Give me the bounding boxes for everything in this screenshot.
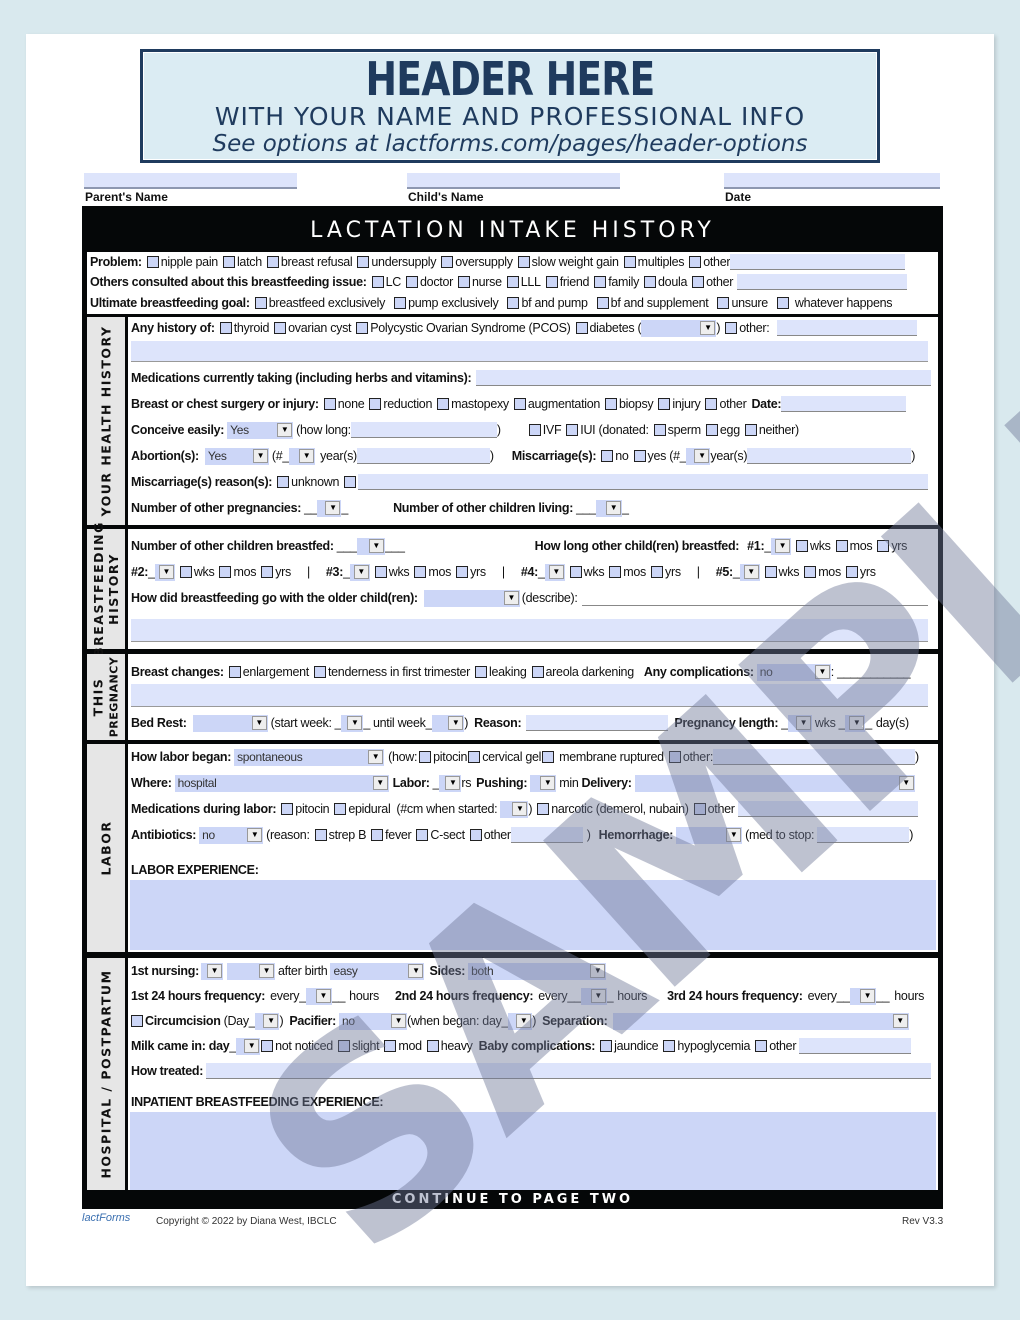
checkbox[interactable] [437, 398, 449, 410]
miscarriage-years-field[interactable] [747, 448, 911, 464]
child-number: #2: [131, 565, 148, 579]
checkbox[interactable] [277, 476, 289, 488]
checkbox[interactable] [692, 276, 704, 288]
option-label: narcotic (demerol, nubain) [551, 802, 688, 816]
pregnancy-length-label: Pregnancy length: [674, 716, 778, 730]
separation-label: Separation: [542, 1014, 607, 1028]
child-3-select[interactable]: ▼ [350, 564, 370, 581]
chevron-down-icon: ▼ [694, 449, 709, 463]
chevron-down-icon: ▼ [796, 716, 811, 730]
unit-label: wks [779, 565, 800, 579]
chevron-down-icon: ▼ [252, 716, 267, 730]
checkbox[interactable] [507, 297, 519, 309]
checkbox[interactable] [706, 424, 718, 436]
chevron-down-icon: ▼ [448, 716, 463, 730]
labor-began-select[interactable]: spontaneous▼ [234, 749, 384, 766]
checkbox[interactable] [384, 1040, 396, 1052]
chevron-down-icon: ▼ [516, 1014, 531, 1028]
option-label: mastopexy [451, 397, 509, 411]
checkbox[interactable] [344, 476, 356, 488]
until-week-label: until week [373, 716, 426, 730]
option-label: other [708, 802, 735, 816]
checkbox[interactable] [705, 398, 717, 410]
checkbox[interactable] [717, 297, 729, 309]
children-breastfed-label: Number of other children breastfed: [131, 539, 334, 553]
children-breastfed-select[interactable]: ▼ [357, 538, 385, 555]
child-4-select[interactable]: ▼ [545, 564, 565, 581]
checkbox[interactable] [537, 803, 549, 815]
checkbox[interactable] [777, 297, 789, 309]
goal-row: Ultimate breastfeeding goal: breastfeed … [90, 294, 892, 312]
chevron-down-icon: ▼ [899, 776, 914, 790]
chevron-down-icon: ▼ [325, 501, 340, 515]
circ-day-label: (Day [224, 1014, 249, 1028]
checkbox[interactable] [281, 803, 293, 815]
labor-section: How labor began: spontaneous▼ (how: pito… [128, 744, 938, 952]
checkbox[interactable] [375, 566, 387, 578]
date-field[interactable] [724, 173, 940, 189]
health-side-label: YOUR HEALTH HISTORY [87, 317, 125, 525]
checkbox[interactable] [261, 1040, 273, 1052]
unit-label: mos [233, 565, 256, 579]
option-label: egg [720, 423, 740, 437]
health-section: Any history of: thyroid ovarian cyst Pol… [128, 317, 938, 525]
describe-field[interactable] [582, 590, 928, 606]
pacifier-day-select[interactable]: ▼ [508, 1013, 532, 1030]
how-did-select[interactable]: ▼ [424, 590, 520, 607]
describe-details-field[interactable] [131, 619, 928, 642]
every-label: every [270, 989, 299, 1003]
surgery-label: Breast or chest surgery or injury: [131, 397, 319, 411]
checkbox[interactable] [804, 566, 816, 578]
chevron-down-icon: ▼ [263, 1014, 278, 1028]
checkbox[interactable] [470, 829, 482, 841]
checkbox[interactable] [651, 566, 663, 578]
checkbox[interactable] [796, 540, 808, 552]
hours-label: hours [894, 989, 924, 1003]
checkbox[interactable] [131, 1015, 143, 1027]
header-title: HEADER HERE [209, 54, 811, 104]
unit-label: wks [389, 565, 410, 579]
checkbox[interactable] [765, 566, 777, 578]
checkbox[interactable] [267, 256, 279, 268]
surgery-row: Breast or chest surgery or injury: none … [131, 395, 906, 413]
checkbox[interactable] [180, 566, 192, 578]
reason-other-field[interactable] [511, 827, 583, 843]
med-stop-field[interactable] [817, 827, 909, 843]
count-label: (#_ [272, 449, 289, 463]
checkbox[interactable] [594, 276, 606, 288]
miscarriage-count-select[interactable]: ▼ [686, 448, 710, 465]
checkbox[interactable] [475, 666, 487, 678]
checkbox[interactable] [274, 322, 286, 334]
checkbox[interactable] [745, 424, 757, 436]
option-label: injury [672, 397, 700, 411]
checkbox[interactable] [597, 297, 609, 309]
years-label: year(s) [710, 449, 747, 463]
reason-field[interactable] [526, 715, 668, 731]
circumcision-day-select[interactable]: ▼ [255, 1013, 279, 1030]
pushing-label: Pushing: [476, 776, 527, 790]
checkbox[interactable] [468, 751, 480, 763]
after-birth-label: after birth [278, 964, 328, 978]
section-label: BREASTFEEDINGHISTORY [91, 521, 121, 657]
treated-row: How treated: [131, 1062, 931, 1080]
circumcision-label: Circumcision [145, 1014, 221, 1028]
how-long-field[interactable] [351, 422, 497, 438]
chevron-down-icon: ▼ [512, 802, 527, 816]
child-5-select[interactable]: ▼ [740, 564, 760, 581]
checkbox[interactable] [147, 256, 159, 268]
medications-field[interactable] [476, 370, 931, 386]
lactforms-logo: lactForms [82, 1212, 130, 1224]
checkbox[interactable] [663, 1040, 675, 1052]
describe-label: (describe): [522, 591, 578, 605]
checkbox[interactable] [725, 322, 737, 334]
checkbox[interactable] [338, 1040, 350, 1052]
treated-label: How treated: [131, 1064, 203, 1078]
checkbox[interactable] [514, 398, 526, 410]
option-label: hypoglycemia [677, 1039, 750, 1053]
consulted-label: Others consulted about this breastfeedin… [90, 275, 367, 289]
sides-label: Sides: [429, 964, 465, 978]
general-section: Problem: nipple pain latch breast refusa… [87, 252, 938, 314]
cm-select[interactable]: ▼ [500, 801, 528, 818]
option-label: Polycystic Ovarian Syndrome (PCOS) [370, 321, 570, 335]
delivery-select[interactable]: ▼ [635, 775, 915, 792]
option-label: other [719, 397, 746, 411]
chevron-down-icon: ▼ [445, 776, 460, 790]
child-number: #4: [521, 565, 538, 579]
meds-label: Medications during labor: [131, 802, 276, 816]
checkbox[interactable] [877, 540, 889, 552]
chevron-down-icon: ▼ [347, 716, 362, 730]
unit-label: mos [623, 565, 646, 579]
unit-label: wks [810, 539, 831, 553]
form-title: LACTATION INTAKE HISTORY [82, 206, 943, 252]
option-label: slight [352, 1039, 379, 1053]
labor-experience-field[interactable] [130, 880, 936, 950]
select-value: spontaneous [237, 750, 302, 764]
freq3-label: 3rd 24 hours frequency: [667, 989, 803, 1003]
checkbox[interactable] [689, 256, 701, 268]
start-week-select[interactable]: ▼ [341, 715, 363, 732]
meds-other-field[interactable] [738, 801, 918, 817]
pregnancy-side-label: THISPREGNANCY [87, 654, 125, 740]
checkbox[interactable] [394, 297, 406, 309]
children-breastfed-row: Number of other children breastfed: ___▼… [131, 537, 907, 555]
checkbox[interactable] [229, 666, 241, 678]
antibiotics-label: Antibiotics: [131, 828, 196, 842]
unit-label: mos [818, 565, 841, 579]
checkbox[interactable] [529, 424, 541, 436]
weeks-select[interactable]: ▼ [788, 715, 812, 732]
option-label: pitocin [433, 750, 467, 764]
checkbox[interactable] [427, 1040, 439, 1052]
complications-details-field[interactable] [131, 684, 928, 707]
every-label: every [538, 989, 567, 1003]
history-details-field[interactable] [131, 341, 928, 362]
checkbox[interactable] [654, 424, 666, 436]
labor-hours-select[interactable]: ▼ [439, 775, 461, 792]
checkbox[interactable] [600, 1040, 612, 1052]
checkbox[interactable] [518, 256, 530, 268]
checkbox[interactable] [694, 803, 706, 815]
checkbox[interactable] [755, 1040, 767, 1052]
chevron-down-icon: ▼ [549, 565, 564, 579]
checkbox[interactable] [609, 566, 621, 578]
option-label: IVF [543, 423, 562, 437]
option-label: thyroid [234, 321, 269, 335]
checkbox[interactable] [416, 829, 428, 841]
milk-day-select[interactable]: ▼ [236, 1038, 260, 1055]
checkbox[interactable] [255, 297, 267, 309]
checkbox[interactable] [356, 322, 368, 334]
where-select[interactable]: hospital▼ [175, 775, 389, 792]
checkbox[interactable] [261, 566, 273, 578]
checkbox[interactable] [324, 398, 336, 410]
chevron-down-icon: ▼ [299, 449, 314, 463]
chevron-down-icon: ▼ [159, 565, 174, 579]
problem-label: Problem: [90, 255, 142, 269]
checkbox[interactable] [605, 398, 617, 410]
milk-label: Milk came in: day [131, 1039, 229, 1053]
hrs-label: rs [461, 776, 471, 790]
labor-experience-row: LABOR EXPERIENCE: [131, 861, 259, 879]
until-week-select[interactable]: ▼ [432, 715, 464, 732]
select-value: easy [333, 964, 357, 978]
checkbox[interactable] [406, 276, 418, 288]
treated-field[interactable] [206, 1063, 931, 1079]
where-row: Where: hospital▼ Labor: _▼ rs Pushing: ▼… [131, 774, 915, 792]
checkbox[interactable] [542, 751, 554, 763]
hemorrhage-select[interactable]: ▼ [676, 827, 742, 844]
baby-comp-other-field[interactable] [799, 1038, 911, 1054]
miscarriage-reason-field[interactable] [358, 474, 928, 490]
checkbox[interactable] [419, 751, 431, 763]
first-nursing-unit-select[interactable]: ▼ [227, 963, 275, 980]
child-name-field[interactable] [407, 173, 620, 189]
checkbox[interactable] [441, 256, 453, 268]
consulted-other-field[interactable] [737, 274, 907, 290]
unit-label: wks [584, 565, 605, 579]
hours-label: hours [617, 989, 647, 1003]
circumcision-row: Circumcision (Day_ ▼) Pacifier: no▼ (whe… [128, 1012, 909, 1030]
option-label: slow weight gain [532, 255, 619, 269]
option-label: bf and pump [521, 296, 587, 310]
checkbox[interactable] [644, 276, 656, 288]
checkbox[interactable] [532, 666, 544, 678]
hours-label: hours [349, 989, 379, 1003]
checkbox[interactable] [669, 751, 681, 763]
checkbox[interactable] [372, 276, 384, 288]
checkbox[interactable] [846, 566, 858, 578]
checkbox[interactable] [546, 276, 558, 288]
option-label: other [703, 255, 730, 269]
select-value: no [202, 828, 215, 842]
complications-select[interactable]: no▼ [757, 664, 831, 681]
chevron-down-icon: ▼ [860, 989, 875, 1003]
unit-label: yrs [860, 565, 876, 579]
option-label: diabetes ( [590, 321, 642, 335]
option-label: whatever happens [795, 296, 892, 310]
section-label-line: BREASTFEEDING [91, 521, 106, 657]
delivery-label: Delivery: [581, 776, 631, 790]
checkbox[interactable] [219, 566, 231, 578]
option-label: bf and supplement [611, 296, 709, 310]
labor-began-label: How labor began: [131, 750, 231, 764]
option-label: not noticed [275, 1039, 333, 1053]
child-2-select[interactable]: ▼ [155, 564, 175, 581]
option-label: strep B [329, 828, 367, 842]
antibiotics-select[interactable]: no▼ [199, 827, 263, 844]
checkbox[interactable] [624, 256, 636, 268]
child-name-label: Child's Name [408, 190, 484, 204]
history-other-field[interactable] [777, 320, 917, 336]
bed-rest-select[interactable]: ▼ [193, 715, 268, 732]
checkbox[interactable] [223, 256, 235, 268]
checkbox[interactable] [836, 540, 848, 552]
diabetes-select[interactable]: ▼ [641, 320, 716, 337]
children-living-label: Number of other children living: [393, 501, 573, 515]
abortion-row: Abortion(s): Yes▼ (#_ ▼ year(s) ) Miscar… [131, 447, 915, 465]
option-label: pump exclusively [408, 296, 498, 310]
labor-other-field[interactable] [713, 749, 915, 765]
freq1-label: 1st 24 hours frequency: [131, 989, 265, 1003]
where-label: Where: [131, 776, 172, 790]
labor-side-label: LABOR [87, 744, 125, 952]
conceive-select[interactable]: Yes▼ [227, 422, 293, 439]
freq2-select[interactable]: ▼ [581, 988, 607, 1005]
select-value: no [342, 1014, 355, 1028]
checkbox[interactable] [634, 450, 646, 462]
section-label: HOSPITAL / POSTPARTUM [99, 969, 114, 1178]
unit-label: mos [850, 539, 873, 553]
surgery-date-field[interactable] [781, 396, 906, 412]
checkbox[interactable] [601, 450, 613, 462]
parent-name-label: Parent's Name [85, 190, 168, 204]
cm-label: (#cm when started: [396, 802, 497, 816]
option-label: enlargement [243, 665, 309, 679]
baby-complications-label: Baby complications: [479, 1039, 596, 1053]
checkbox[interactable] [371, 829, 383, 841]
labor-experience-label: LABOR EXPERIENCE: [131, 863, 259, 877]
how-did-row: How did breastfeeding go with the older … [131, 589, 928, 607]
revision-text: Rev V3.3 [902, 1216, 943, 1227]
inpatient-experience-field[interactable] [130, 1112, 936, 1190]
checkbox[interactable] [357, 256, 369, 268]
select-value: hospital [178, 776, 217, 790]
checkbox[interactable] [576, 322, 588, 334]
select-value: no [760, 665, 773, 679]
chevron-down-icon: ▼ [540, 776, 555, 790]
unit-label: wks [194, 565, 215, 579]
chevron-down-icon: ▼ [373, 776, 388, 790]
children-living-select[interactable]: ▼ [596, 500, 622, 517]
option-label: C-sect [430, 828, 464, 842]
section-label-line: THIS [91, 678, 106, 717]
complications-label: Any complications: [644, 665, 754, 679]
checkbox[interactable] [334, 803, 346, 815]
header-link: See options at lactforms.com/pages/heade… [143, 130, 877, 158]
checkbox[interactable] [507, 276, 519, 288]
how-did-label: How did breastfeeding go with the older … [131, 591, 418, 605]
chevron-down-icon: ▼ [591, 989, 606, 1003]
checkbox[interactable] [315, 829, 327, 841]
option-label: doula [658, 275, 687, 289]
child-1-select[interactable]: ▼ [771, 538, 791, 555]
freq1-select[interactable]: ▼ [306, 988, 332, 1005]
chevron-down-icon: ▼ [247, 828, 262, 842]
chevron-down-icon: ▼ [726, 828, 741, 842]
option-label: nurse [472, 275, 502, 289]
every-label: every [808, 989, 837, 1003]
parent-name-field[interactable] [84, 173, 297, 189]
option-label: reduction [383, 397, 432, 411]
checkbox[interactable] [566, 424, 578, 436]
checkbox[interactable] [414, 566, 426, 578]
child-number: #3: [326, 565, 343, 579]
reason-label: (reason: [266, 828, 309, 842]
how-label: (how: [388, 750, 417, 764]
labor-began-row: How labor began: spontaneous▼ (how: pito… [131, 748, 919, 766]
chevron-down-icon: ▼ [369, 539, 384, 553]
first-nursing-select[interactable]: ▼ [201, 963, 223, 980]
checkbox[interactable] [658, 398, 670, 410]
abortion-count-select[interactable]: ▼ [289, 448, 315, 465]
other-pregnancies-select[interactable]: ▼ [317, 500, 341, 517]
checkbox[interactable] [456, 566, 468, 578]
pacifier-select[interactable]: no▼ [339, 1013, 407, 1030]
checkbox[interactable] [458, 276, 470, 288]
days-select[interactable]: ▼ [845, 715, 865, 732]
checkbox[interactable] [570, 566, 582, 578]
section-label: LABOR [99, 821, 114, 876]
option-label: other: [683, 750, 713, 764]
option-label: undersupply [371, 255, 436, 269]
section-label-line: PREGNANCY [108, 657, 121, 738]
checkbox[interactable] [314, 666, 326, 678]
chevron-down-icon: ▼ [391, 1014, 406, 1028]
problem-other-field[interactable] [730, 254, 905, 270]
sides-select[interactable]: both▼ [468, 963, 606, 980]
checkbox[interactable] [369, 398, 381, 410]
unit-label: yrs [275, 565, 291, 579]
select-value: Yes [230, 423, 249, 437]
unit-label: mos [428, 565, 451, 579]
option-label: jaundice [614, 1039, 658, 1053]
miscarriage-label: Miscarriage(s): [512, 449, 596, 463]
section-label: YOUR HEALTH HISTORY [99, 325, 114, 516]
breast-changes-row: Breast changes: enlargement tenderness i… [131, 663, 910, 681]
abortion-years-field[interactable] [357, 448, 490, 464]
chevron-down-icon: ▼ [744, 565, 759, 579]
option-label: nipple pain [161, 255, 218, 269]
header-subtitle: WITH YOUR NAME AND PROFESSIONAL INFO [143, 104, 877, 130]
chevron-down-icon: ▼ [316, 989, 331, 1003]
option-label: multiples [638, 255, 685, 269]
separation-select[interactable]: ▼ [613, 1013, 909, 1030]
option-label: tenderness in first trimester [328, 665, 470, 679]
pushing-select[interactable]: ▼ [530, 775, 556, 792]
checkbox[interactable] [220, 322, 232, 334]
section-label-line: HISTORY [106, 553, 121, 625]
ease-select[interactable]: easy▼ [330, 963, 424, 980]
freq3-select[interactable]: ▼ [850, 988, 876, 1005]
abortion-select[interactable]: Yes▼ [205, 448, 269, 465]
option-label: cervical gel [482, 750, 541, 764]
copyright-text: Copyright © 2022 by Diana West, IBCLC [156, 1216, 337, 1227]
